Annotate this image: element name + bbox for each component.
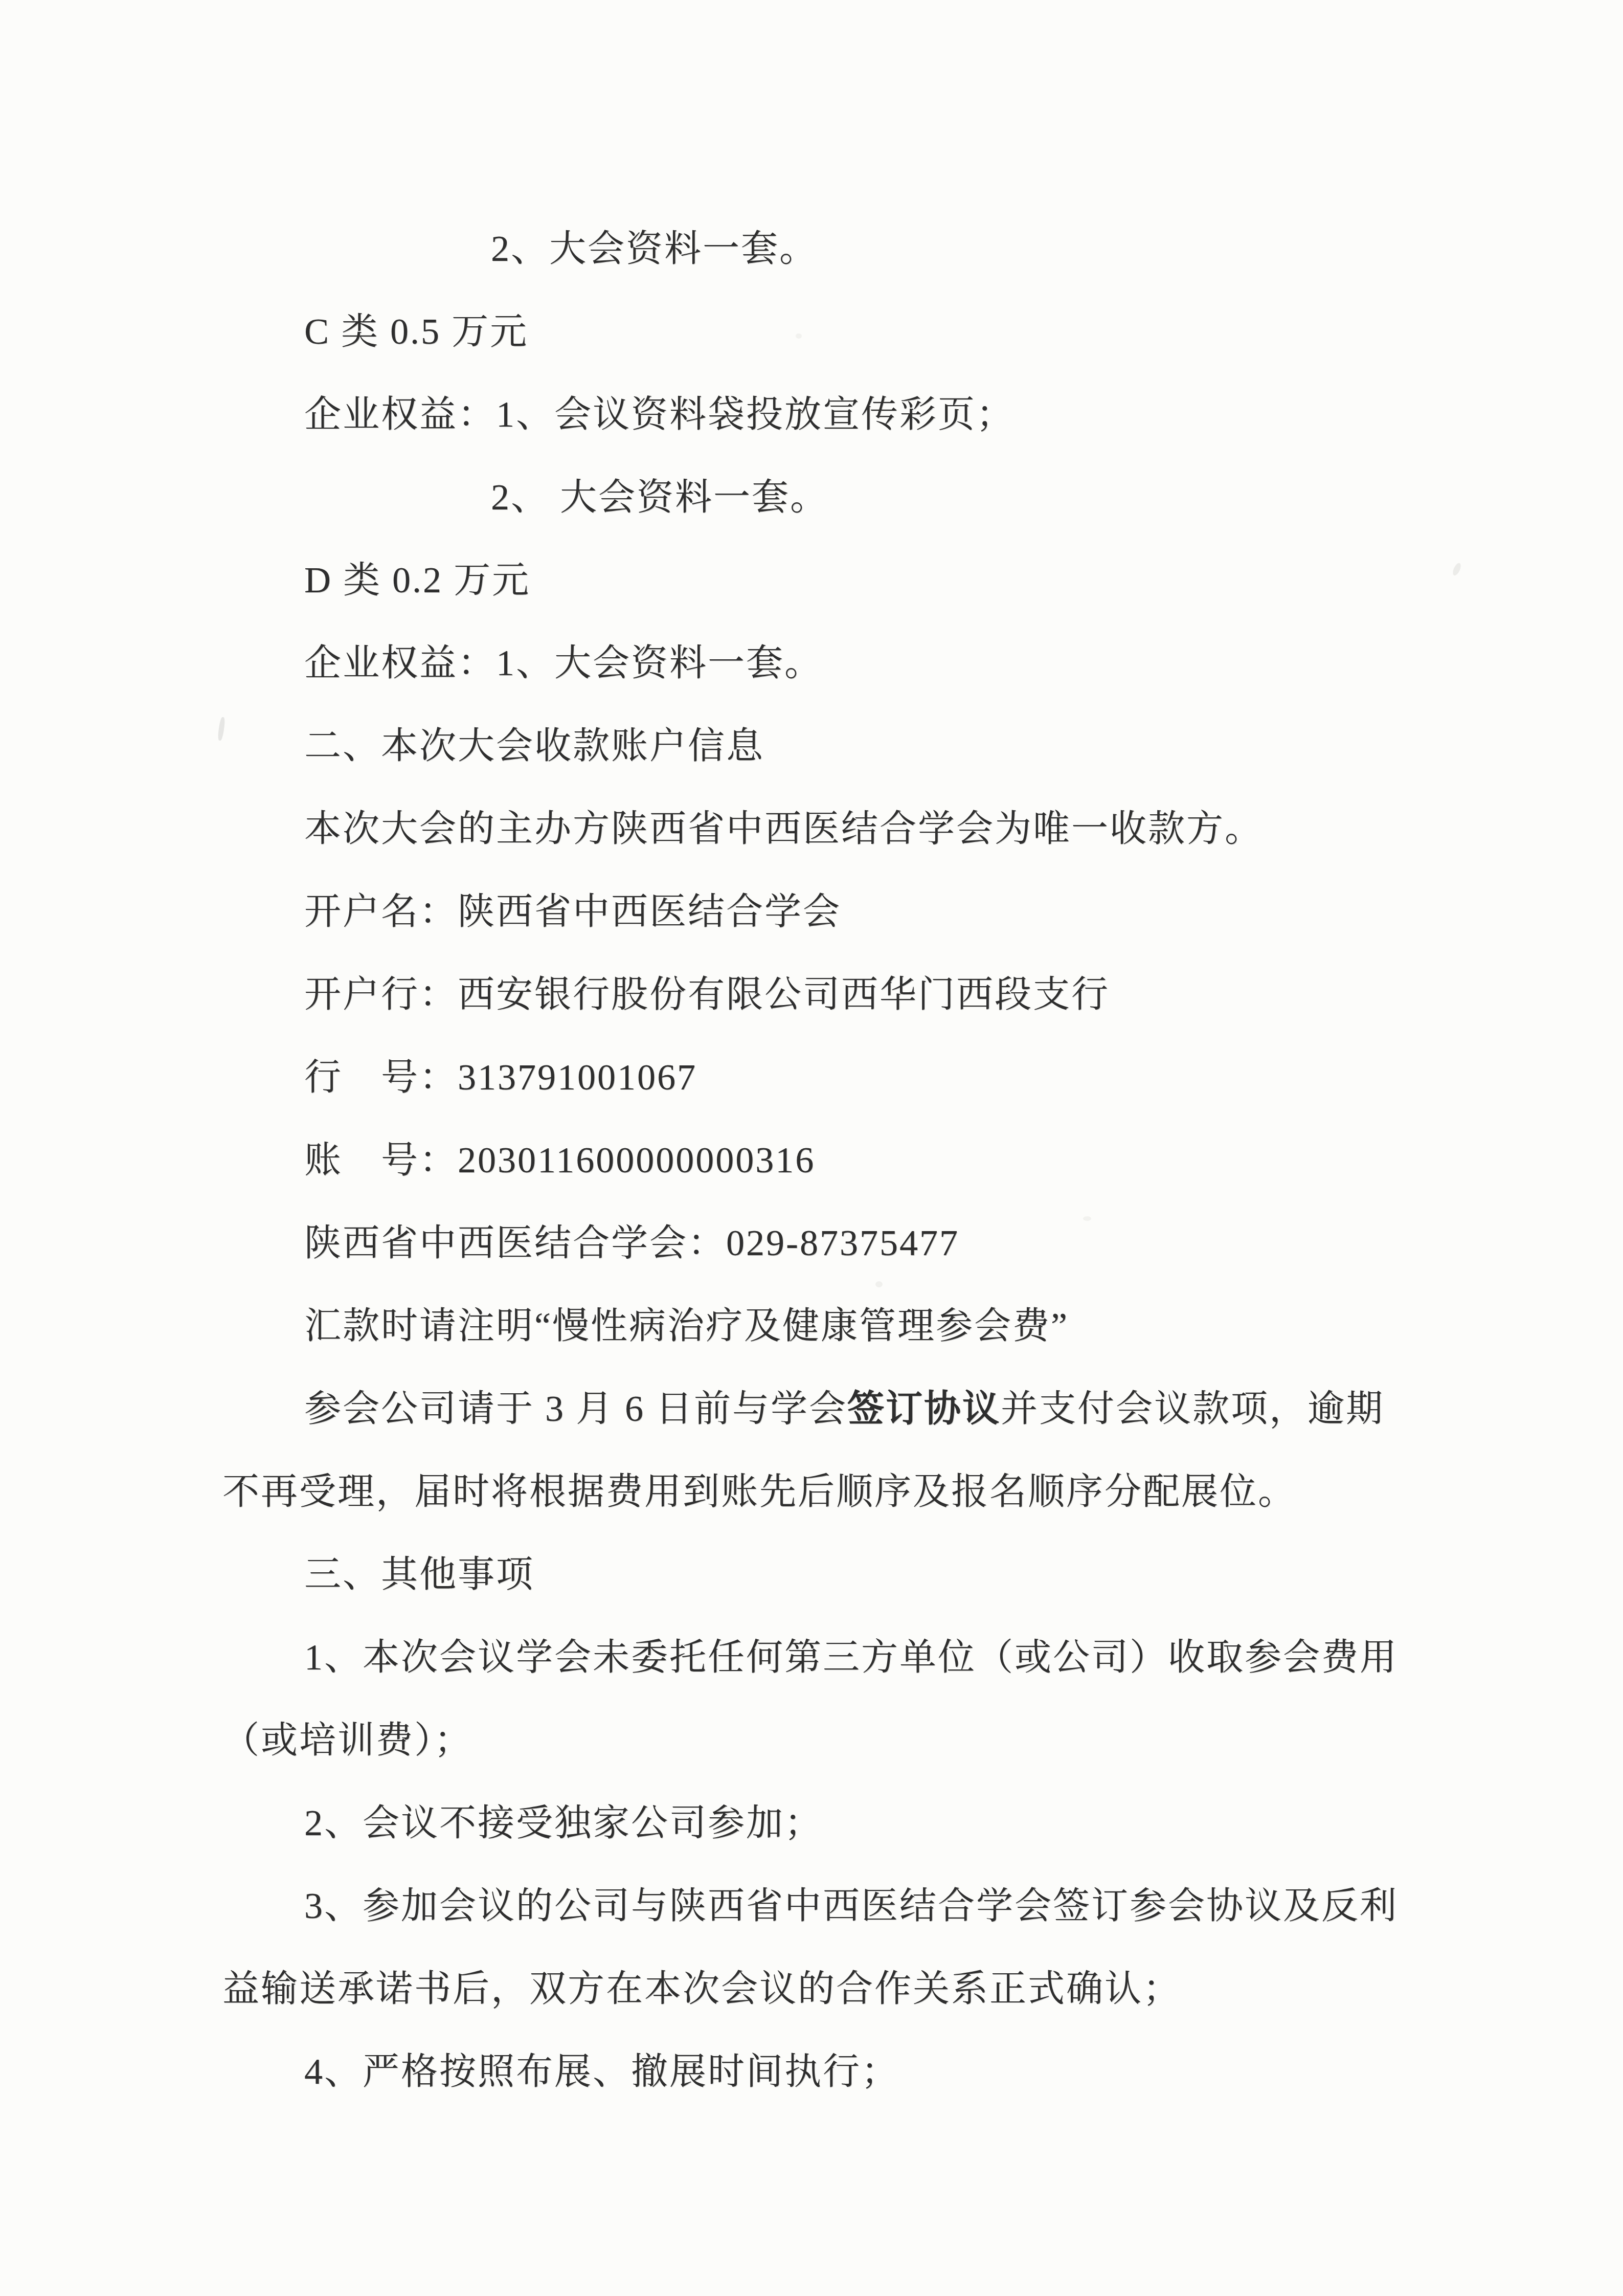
deadline-notice-cont: 不再受理，届时将根据费用到账先后顺序及报名顺序分配展位。 bbox=[222, 1450, 1403, 1533]
other-item-3: 3、参加会议的公司与陕西省中西医结合学会签订参会协议及反利 bbox=[222, 1864, 1403, 1947]
benefits-class-d: 企业权益：1、大会资料一套。 bbox=[222, 621, 1403, 704]
fee-class-d: D 类 0.2 万元 bbox=[222, 539, 1403, 621]
sign-agreement-bold-phrase: 签订协议 bbox=[847, 1388, 1001, 1429]
deadline-notice-line: 参会公司请于 3 月 6 日前与学会签订协议并支付会议款项，逾期 bbox=[222, 1367, 1403, 1450]
other-item-3-cont: 益输送承诺书后，双方在本次会议的合作关系正式确认； bbox=[222, 1947, 1403, 2030]
account-name-line: 开户名：陕西省中西医结合学会 bbox=[222, 870, 1403, 953]
other-item-2: 2、会议不接受独家公司参加； bbox=[222, 1781, 1403, 1864]
document-page: 2、大会资料一套。 C 类 0.5 万元 企业权益：1、会议资料袋投放宣传彩页；… bbox=[0, 0, 1623, 2296]
bank-branch-line: 开户行：西安银行股份有限公司西华门西段支行 bbox=[222, 953, 1403, 1036]
scan-artifact bbox=[1451, 562, 1462, 577]
account-number-line: 账 号：203011600000000316 bbox=[222, 1119, 1403, 1201]
payee-statement: 本次大会的主办方陕西省中西医结合学会为唯一收款方。 bbox=[222, 787, 1403, 870]
fee-class-c: C 类 0.5 万元 bbox=[222, 290, 1403, 373]
benefit-item-2c: 2、 大会资料一套。 bbox=[222, 456, 1403, 539]
section-2-heading: 二、本次大会收款账户信息 bbox=[222, 704, 1403, 787]
remittance-note-line: 汇款时请注明“慢性病治疗及健康管理参会费” bbox=[222, 1284, 1403, 1367]
bank-number-line: 行 号：313791001067 bbox=[222, 1036, 1403, 1119]
deadline-notice-post: 并支付会议款项，逾期 bbox=[1001, 1388, 1384, 1429]
contact-phone-line: 陕西省中西医结合学会：029-87375477 bbox=[222, 1201, 1403, 1284]
deadline-notice-pre: 参会公司请于 3 月 6 日前与学会 bbox=[304, 1388, 847, 1429]
document-body: 2、大会资料一套。 C 类 0.5 万元 企业权益：1、会议资料袋投放宣传彩页；… bbox=[222, 207, 1403, 2113]
section-3-heading: 三、其他事项 bbox=[222, 1533, 1403, 1616]
other-item-1-cont: （或培训费）； bbox=[222, 1699, 1403, 1781]
other-item-1: 1、本次会议学会未委托任何第三方单位（或公司）收取参会费用 bbox=[222, 1616, 1403, 1699]
other-item-4: 4、严格按照布展、撤展时间执行； bbox=[222, 2030, 1403, 2113]
benefit-item-2: 2、大会资料一套。 bbox=[222, 207, 1403, 290]
benefits-class-c: 企业权益：1、会议资料袋投放宣传彩页； bbox=[222, 373, 1403, 456]
